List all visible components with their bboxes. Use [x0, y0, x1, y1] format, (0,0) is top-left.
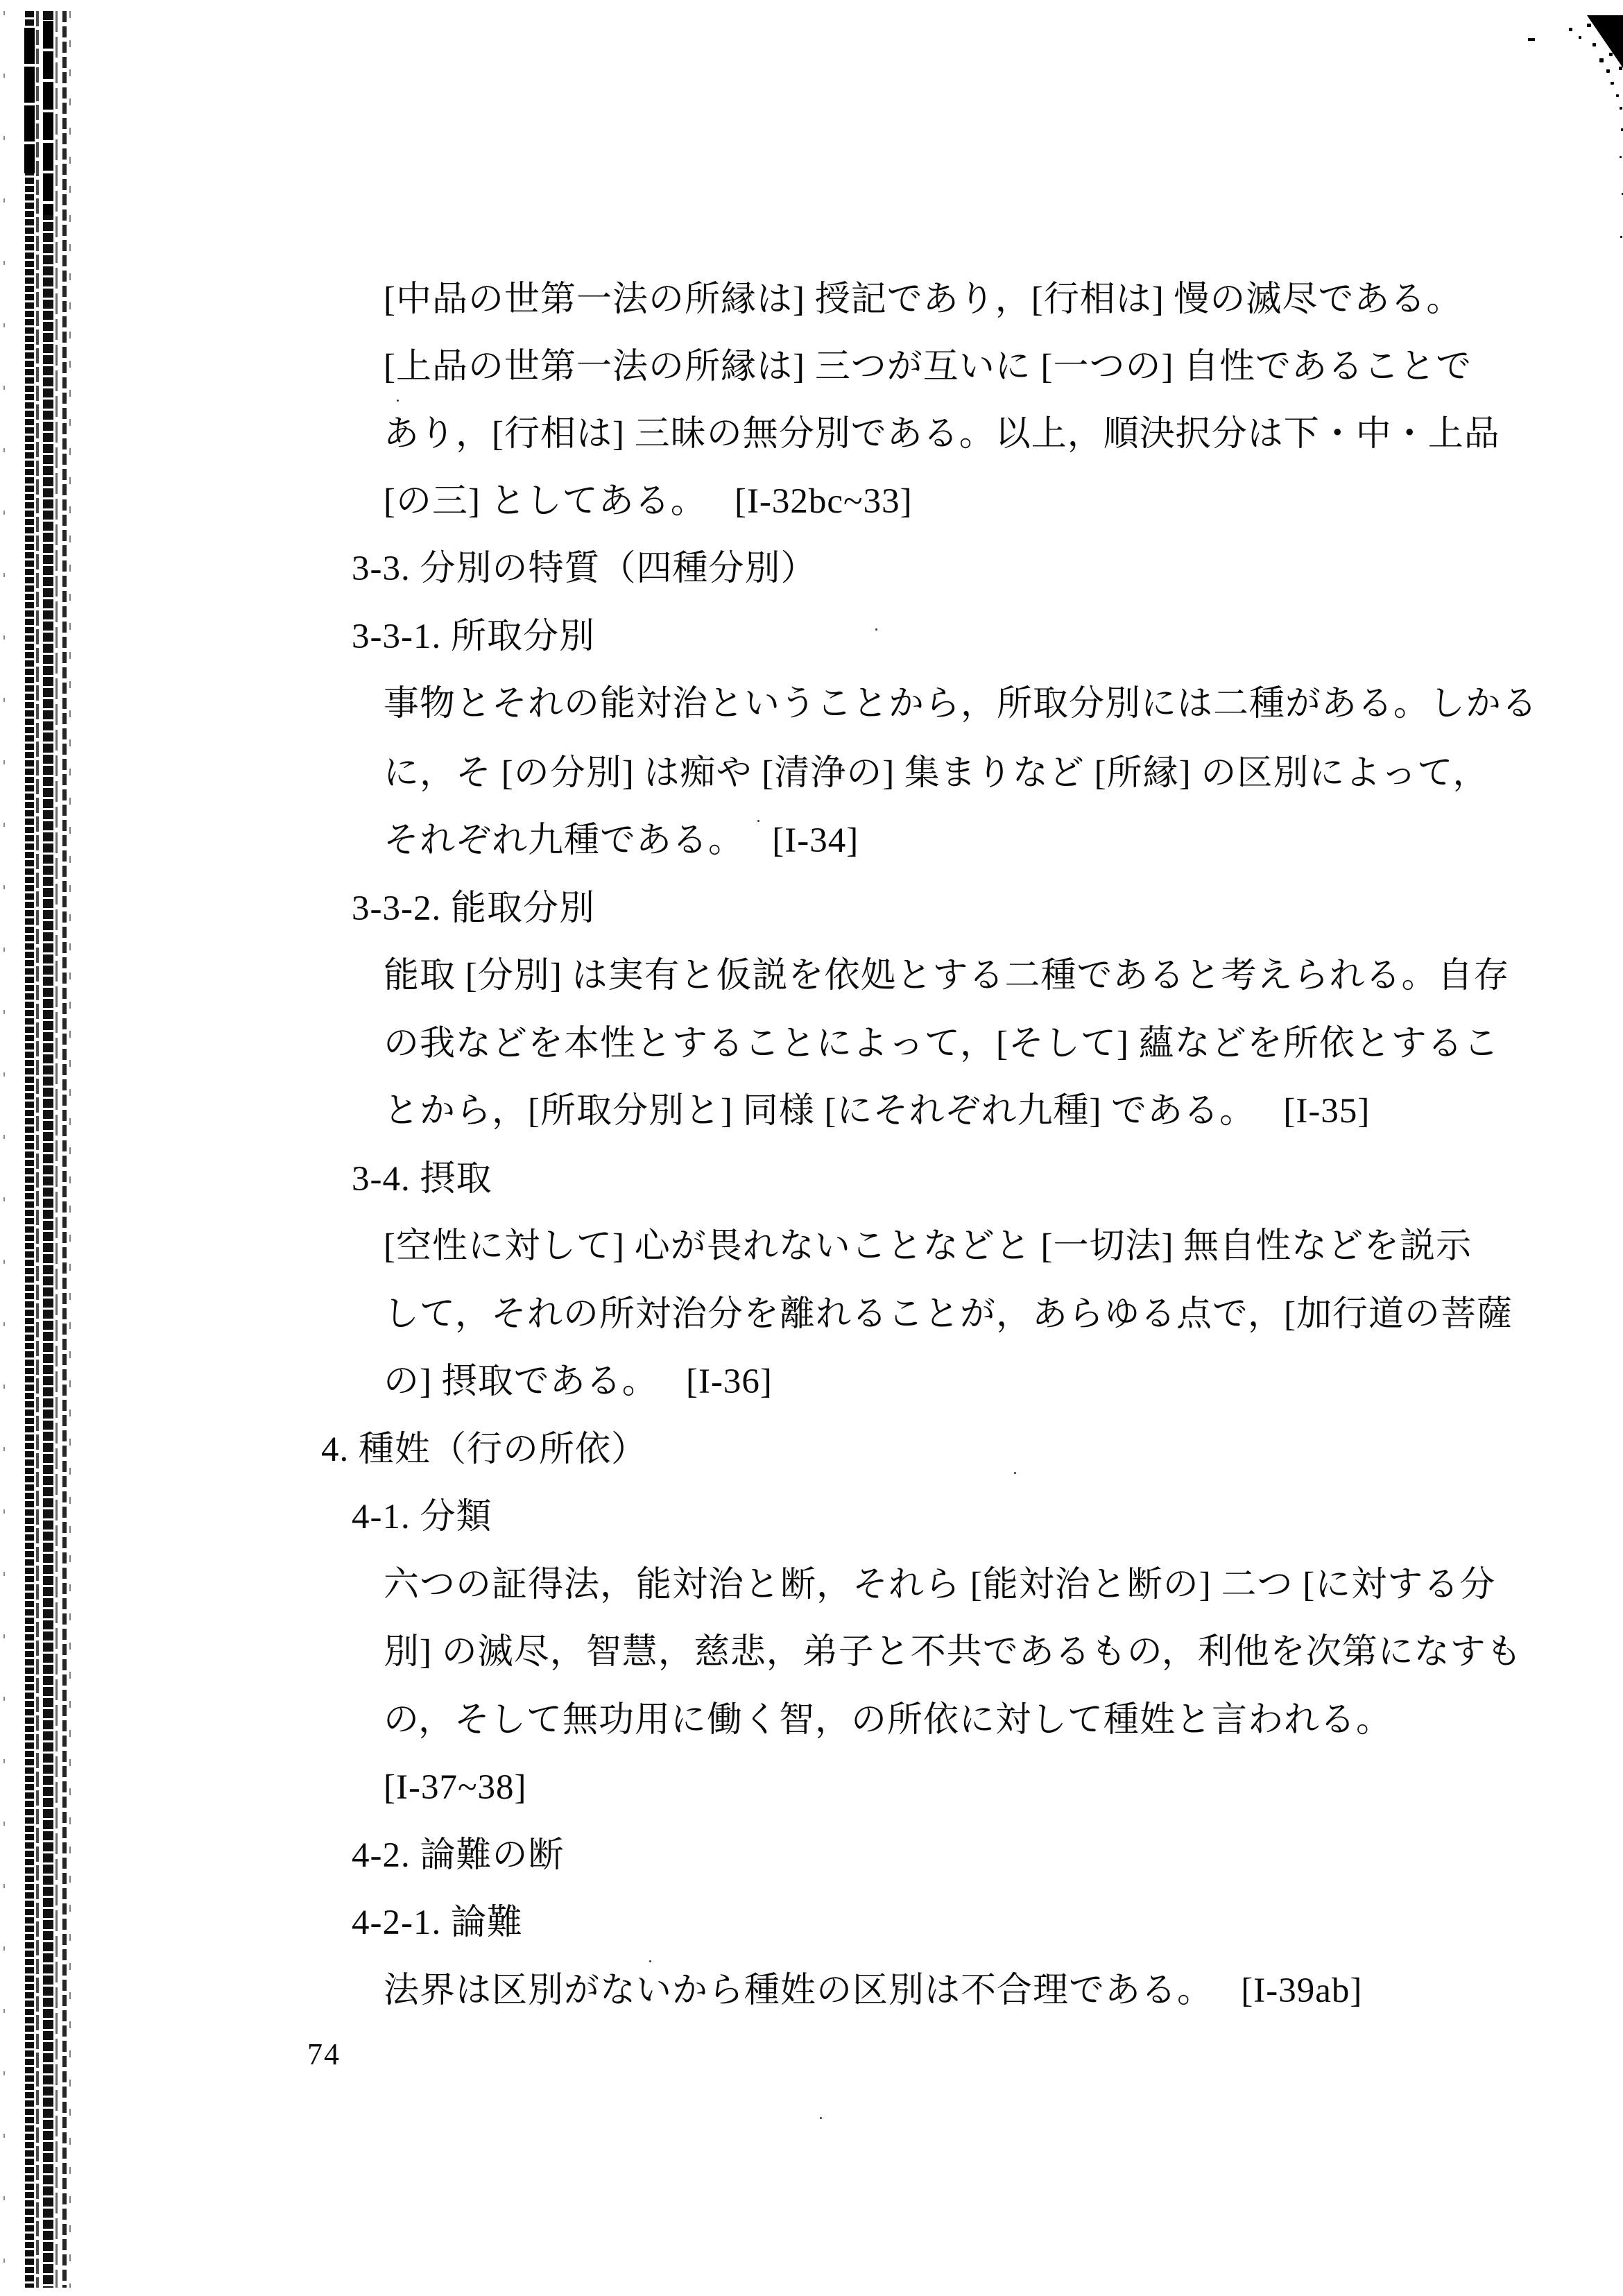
binding-streak: [3, 11, 5, 2288]
text-line: 別] の滅尽，智慧，慈悲，弟子と不共であるもの，利他を次第になすも: [384, 1631, 1522, 1673]
section-heading: 3-3-2. 能取分別: [352, 888, 595, 929]
scan-speckle: [1609, 53, 1613, 56]
binding-streak: [69, 11, 71, 2288]
section-heading: 3-3-1. 所取分別: [352, 616, 595, 658]
verse-citation: [I-37~38]: [384, 1767, 527, 1808]
scan-speckle: [1620, 156, 1622, 158]
scan-dash-mark: [1528, 38, 1535, 41]
text-line: 法界は区別がないから種姓の区別は不合理である。 [I-39ab]: [384, 1970, 1362, 2012]
scan-speckle: [1579, 36, 1581, 39]
scan-speckle: [1587, 24, 1591, 27]
text-line: [上品の世第一法の所縁は] 三つが互いに [一つの] 自性であることで: [384, 346, 1472, 388]
binding-streak: [62, 11, 67, 2288]
scan-speckle: [1611, 82, 1614, 85]
text-line: 事物とそれの能対治ということから，所取分別には二種がある。しかる: [384, 683, 1538, 725]
section-heading: 3-4. 摂取: [352, 1158, 492, 1200]
scan-speckle: [1616, 94, 1619, 97]
scan-speckle: [1592, 43, 1596, 46]
scan-speckle: [1599, 58, 1604, 62]
noise-dot: [820, 2117, 822, 2119]
text-line: [空性に対して] 心が畏れないことなどと [一切法] 無自性などを説示: [384, 1226, 1472, 1267]
binding-ink-blob: [24, 28, 35, 173]
text-line: に，そ [の分別] は痴や [清浄の] 集まりなど [所縁] の区別によって，: [384, 753, 1488, 794]
text-line: の我などを本性とすることによって，[そして] 蘊などを所依とするこ: [384, 1023, 1500, 1065]
text-line: [の三] としてある。 [I-32bc~33]: [384, 481, 913, 522]
scan-binding-artifact: [0, 11, 90, 2288]
section-heading: 3-3. 分別の特質（四種分別）: [352, 548, 817, 590]
noise-dot: [397, 400, 399, 402]
binding-streak: [43, 11, 53, 2288]
noise-dot: [875, 628, 877, 631]
text-line: それぞれ九種である。 [I-34]: [384, 820, 859, 862]
scan-speckle: [1606, 69, 1610, 73]
text-line: [中品の世第一法の所縁は] 授記であり，[行相は] 慢の滅尽である。: [384, 279, 1462, 320]
section-heading: 4-1. 分類: [352, 1496, 492, 1538]
text-line: とから，[所取分別と] 同様 [にそれぞれ九種] である。 [I-35]: [384, 1090, 1370, 1132]
section-heading: 4-2-1. 論難: [352, 1902, 523, 1944]
text-line: して，それの所対治分を離れることが，あらゆる点で，[加行道の菩薩: [384, 1294, 1513, 1335]
binding-streak: [25, 11, 34, 2288]
text-line: の，そして無功用に働く智，の所依に対して種姓と言われる。: [384, 1699, 1392, 1741]
binding-streak: [55, 11, 58, 2288]
binding-streak: [36, 11, 39, 2288]
text-line: 六つの証得法，能対治と断，それら [能対治と断の] 二つ [に対する分: [384, 1564, 1495, 1606]
scan-speckle: [1569, 28, 1572, 31]
text-line: あり，[行相は] 三昧の無分別である。以上，順決択分は下・中・上品: [384, 413, 1500, 455]
binding-ink-blob: [43, 21, 53, 215]
noise-dot: [649, 1960, 651, 1962]
scan-speckle: [1620, 236, 1622, 238]
scanned-document-page: [中品の世第一法の所縁は] 授記であり，[行相は] 慢の滅尽である。 [上品の世…: [0, 0, 1623, 2296]
scan-speckle: [1620, 107, 1622, 110]
text-line: の] 摂取である。 [I-36]: [384, 1361, 773, 1403]
scan-corner-smudge: [1587, 15, 1623, 68]
scan-speckle: [1619, 67, 1622, 70]
page-number: 74: [307, 2037, 341, 2072]
section-heading: 4. 種姓（行の所依）: [321, 1429, 647, 1471]
noise-dot: [1014, 1472, 1016, 1474]
text-line: 能取 [分別] は実有と仮説を依処とする二種であると考えられる。自存: [384, 955, 1509, 997]
section-heading: 4-2. 論難の断: [352, 1835, 564, 1876]
